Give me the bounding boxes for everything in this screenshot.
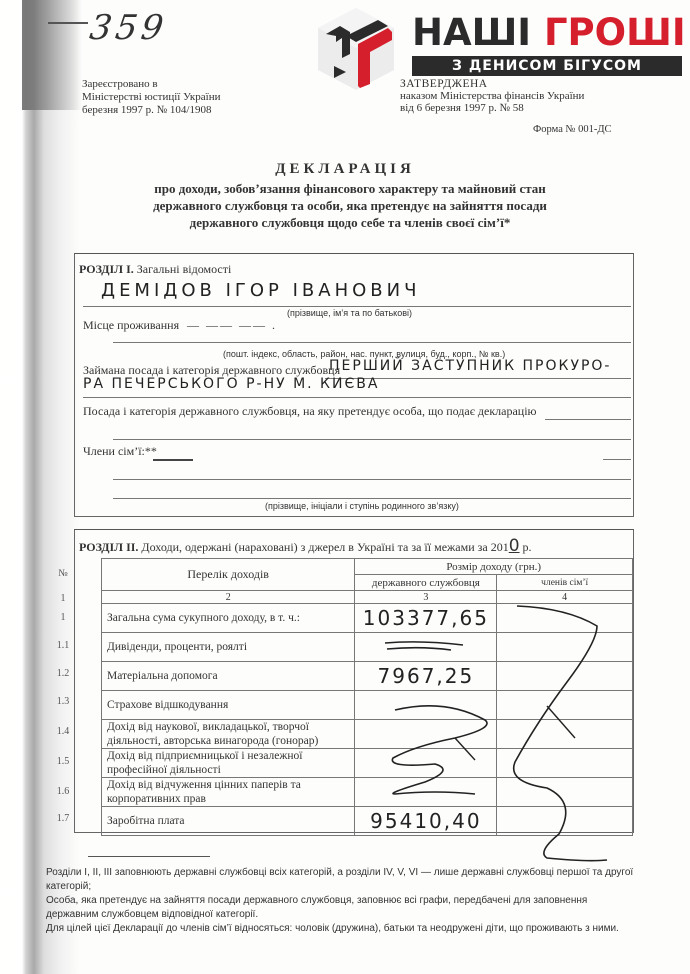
form-number: Форма № 001-ДС (533, 124, 612, 135)
col-family-header: членів сім’ї (497, 575, 633, 591)
current-position-field-line1[interactable]: ПЕРШИЙ ЗАСТУПНИК ПРОКУРО- (329, 358, 611, 374)
dash-scribble-icon (381, 638, 471, 654)
material-aid-value[interactable]: 7967,25 (355, 662, 497, 691)
page-number: 359 (87, 8, 170, 48)
scan-shadow-edge (0, 0, 80, 974)
section-2-header: РОЗДІЛ II. Доходи, одержані (нараховані)… (79, 536, 532, 556)
footnotes: Розділи I, II, III заповнюють державні с… (46, 866, 636, 936)
section-1-header: РОЗДІЛ I. Загальні відомості (79, 262, 231, 277)
approval-stamp: ЗАТВЕРДЖЕНА наказом Міністерства фінансі… (400, 78, 584, 114)
col-num-header: № (53, 568, 73, 579)
dividends-value[interactable] (355, 633, 497, 662)
full-name-caption: (прізвище, ім’я та по батькові) (287, 308, 412, 318)
col-official-header: державного службовця (355, 575, 497, 591)
scan-shadow-top (22, 0, 82, 110)
footnote-divider (88, 856, 210, 857)
brand-cube-logo-icon (316, 6, 396, 90)
current-position-field-line2[interactable]: РА ПЕЧЕРСЬКОГО Р-НУ М. КИЄВА (83, 376, 379, 392)
page-number-rule (48, 22, 88, 24)
col-list-header: Перелік доходів (102, 559, 355, 591)
brand-logo: НАШІ ГРОШІ З ДЕНИСОМ БІГУСОМ (412, 14, 686, 76)
col-size-header: Розмір доходу (грн.) (355, 559, 633, 575)
col-idx-1: 1 (53, 593, 73, 604)
salary-value[interactable]: 95410,40 (355, 807, 497, 836)
family-members-field[interactable] (153, 459, 193, 461)
full-name-field[interactable]: ДЕМІДОВ ІГОР ІВАНОВИЧ (101, 280, 420, 301)
residence-label: Місце проживання (83, 318, 179, 333)
brand-title: НАШІ ГРОШІ (412, 14, 686, 52)
family-members-label: Члени сім’ї:** (83, 444, 157, 459)
applied-position-label: Посада і категорія державного службовця,… (83, 404, 537, 419)
applied-position-field[interactable] (545, 419, 631, 420)
residence-field[interactable]: — —— —— . (187, 318, 277, 333)
strikethrough-scribble-official-icon (375, 698, 515, 808)
strikethrough-scribble-family-icon (497, 602, 637, 862)
section-1-general-info: РОЗДІЛ I. Загальні відомості ДЕМІДОВ ІГО… (74, 253, 634, 517)
total-income-value[interactable]: 103377,65 (355, 604, 497, 633)
document-subtitle: про доходи, зобов’язання фінансового хар… (120, 180, 580, 231)
brand-subtitle: З ДЕНИСОМ БІГУСОМ (412, 56, 682, 76)
section-2-income: РОЗДІЛ II. Доходи, одержані (нараховані)… (74, 529, 634, 833)
document-title: ДЕКЛАРАЦІЯ (0, 161, 690, 178)
family-members-caption: (прізвище, ініціали і ступінь родинного … (265, 501, 459, 511)
registration-note: Зареєстровано в Міністерстві юстиції Укр… (82, 78, 220, 117)
year-digit[interactable]: 0 (509, 536, 520, 556)
